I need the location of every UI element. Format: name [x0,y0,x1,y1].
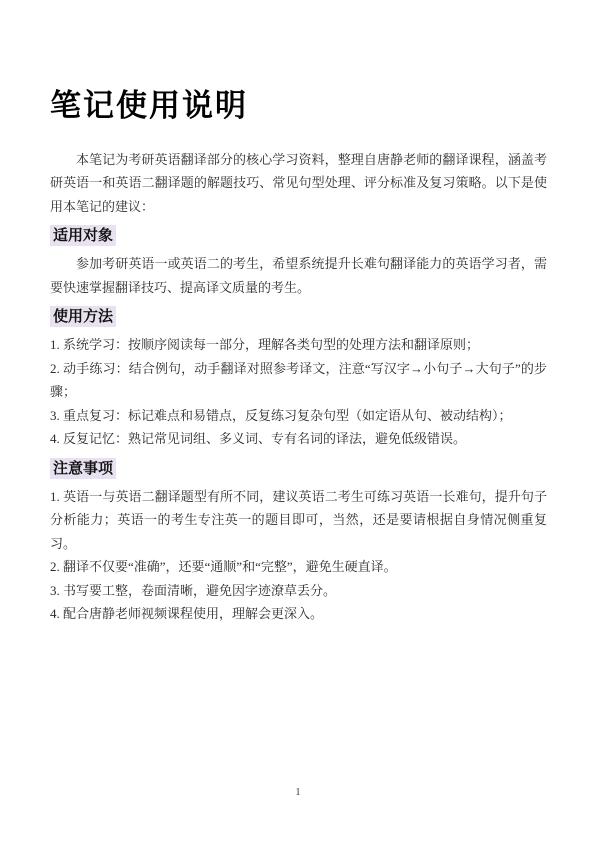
section-notes: 注意事项 [50,458,547,480]
usage-list: 1. 系统学习：按顺序阅读每一部分，理解各类句型的处理方法和翻译原则； 2. 动… [50,333,547,451]
page-title: 笔记使用说明 [50,88,547,124]
document-content: 笔记使用说明 本笔记为考研英语翻译部分的核心学习资料，整理自唐静老师的翻译课程，… [50,88,547,628]
audience-paragraph: 参加考研英语一或英语二的考生，希望系统提升长难句翻译能力的英语学习者，需要快速掌… [50,252,547,299]
document-page: 笔记使用说明 本笔记为考研英语翻译部分的核心学习资料，整理自唐静老师的翻译课程，… [0,0,596,842]
intro-paragraph: 本笔记为考研英语翻译部分的核心学习资料，整理自唐静老师的翻译课程，涵盖考研英语一… [50,148,547,219]
notes-item-3: 3. 书写要工整，卷面清晰，避免因字迹潦草丢分。 [50,579,547,603]
notes-list: 1. 英语一与英语二翻译题型有所不同，建议英语二考生可练习英语一长难句，提升句子… [50,485,547,626]
notes-item-2: 2. 翻译不仅要“准确”，还要“通顺”和“完整”，避免生硬直译。 [50,555,547,579]
usage-item-4: 4. 反复记忆：熟记常见词组、多义词、专有名词的译法，避免低级错误。 [50,427,547,451]
section-heading-notes: 注意事项 [50,458,116,479]
page-number: 1 [0,787,596,798]
notes-item-1: 1. 英语一与英语二翻译题型有所不同，建议英语二考生可练习英语一长难句，提升句子… [50,485,547,556]
usage-item-1: 1. 系统学习：按顺序阅读每一部分，理解各类句型的处理方法和翻译原则； [50,333,547,357]
section-heading-audience: 适用对象 [50,225,116,246]
section-audience: 适用对象 [50,225,547,247]
usage-item-3: 3. 重点复习：标记难点和易错点，反复练习复杂句型（如定语从句、被动结构）； [50,404,547,428]
notes-item-4: 4. 配合唐静老师视频课程使用，理解会更深入。 [50,602,547,626]
section-heading-usage: 使用方法 [50,306,116,327]
usage-item-2: 2. 动手练习：结合例句，动手翻译对照参考译文，注意“写汉字→小句子→大句子”的… [50,357,547,404]
section-usage: 使用方法 [50,306,547,328]
